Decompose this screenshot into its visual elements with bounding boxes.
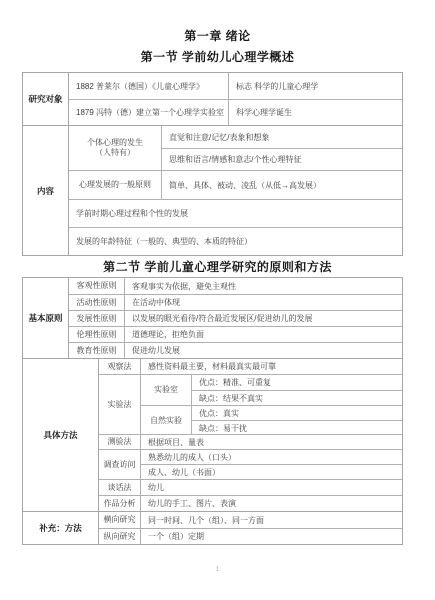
chapter-title: 第一章 绪论 [0,27,435,44]
cell-1882-event: 1882 普莱尔（德国）《儿童心理学》 [69,73,228,99]
principle-education-name: 教育性原则 [69,343,124,358]
specific-methods-label: 具体方法 [23,359,99,511]
lab-pro-cell: 优点：精准、可重复 [192,375,402,390]
content-band: 内容 个体心理的发生 （人特有） 直觉和注意/记忆/表象和想象 思维和语言/情感… [23,125,402,255]
lab-experiment-points: 优点：精准、可重复 缺点：结果不真实 [191,375,402,405]
table-row: 实验室 优点：精准、可重复 缺点：结果不真实 [141,375,402,405]
content-rows: 个体心理的发生 （人特有） 直觉和注意/记忆/表象和想象 思维和语言/情感和意志… [69,126,402,255]
section1-title: 第一节 学前幼儿心理学概述 [0,48,435,65]
survey-written-cell: 成人、幼儿（书面） [141,465,402,479]
talk-method-name: 谈话法 [99,480,140,495]
natural-pro-cell: 优点：真实 [192,406,402,420]
table-row: 熟悉幼儿的成人（口头） [141,450,402,464]
table-row: 思维和语言/情感和意志/个性心理特征 [162,148,402,170]
works-analysis-name: 作品分析 [99,496,140,511]
genesis-item-1: 直觉和注意/记忆/表象和想象 [162,126,402,148]
vertical-research-desc: 一个（组）定期 [140,529,402,544]
principle-development-name: 发展性原则 [69,311,124,326]
table-row: 发展性原则 以发展的眼光看待/符合最近发展区/促进幼儿的发展 [69,310,402,326]
table-row: 作品分析 幼儿的手工、图片、表演 [99,495,402,511]
basic-principles-band: 基本原则 客观性原则 客观事实为依据，避免主观性 活动性原则 在活动中体现 发展… [23,278,402,358]
age-feature-cell: 发展的年龄特征（一般的、典型的、本质的特征） [69,228,402,255]
observation-name: 观察法 [99,359,140,374]
supplement-band: 补充：方法 横向研究 同一时间、几个（组）、同一方面 纵向研究 一个（组）定期 [23,511,402,544]
table-row: 成人、幼儿（书面） [141,464,402,479]
principle-objective-desc: 客观事实为依据，避免主观性 [124,278,402,294]
section2-title: 第二节 学前儿童心理学研究的原则和方法 [0,258,435,275]
observation-desc: 感性资料最主要，材料最真实最可靠 [140,359,402,374]
survey-name: 调查访问 [99,450,140,479]
table-row: 教育性原则 促进幼儿发展 [69,342,402,358]
genesis-label-line2: （人特有） [95,148,135,158]
table-row: 个体心理的发生 （人特有） 直觉和注意/记忆/表象和想象 思维和语言/情感和意志… [69,126,402,170]
principle-value-cell: 简单、具体、被动、凌乱（从低→高发展） [161,171,402,199]
principle-activity-desc: 在活动中体现 [124,295,402,310]
horizontal-research-name: 横向研究 [99,512,140,528]
cell-1879-significance: 科学心理学诞生 [228,100,402,125]
survey-items: 熟悉幼儿的成人（口头） 成人、幼儿（书面） [140,450,402,479]
genesis-items: 直觉和注意/记忆/表象和想象 思维和语言/情感和意志/个性心理特征 [161,126,402,170]
table-row: 学前时期心理过程和个性的发展 [69,199,402,227]
principle-ethics-name: 伦理性原则 [69,327,124,342]
cell-1882-significance: 标志 科学的儿童心理学 [228,73,402,99]
specific-methods-rows: 观察法 感性资料最主要，材料最真实最可靠 实验法 实验室 优点：精准、可重复 [99,359,402,511]
table-row: 优点：真实 [192,406,402,420]
cell-1879-event: 1879 冯特（德）建立第一个心理学实验室 [69,100,228,125]
table-row: 发展的年龄特征（一般的、典型的、本质的特征） [69,227,402,255]
specific-methods-band: 具体方法 观察法 感性资料最主要，材料最真实最可靠 实验法 实验室 优点：精准、… [23,358,402,511]
experiment-name: 实验法 [99,375,140,434]
survey-oral-cell: 熟悉幼儿的成人（口头） [141,450,402,464]
test-method-name: 测验法 [99,435,140,449]
supplement-rows: 横向研究 同一时间、几个（组）、同一方面 纵向研究 一个（组）定期 [99,512,402,544]
table-row: 测验法 根据项目、量表 [99,434,402,449]
content-label: 内容 [23,126,69,255]
principle-activity-name: 活动性原则 [69,295,124,310]
natural-experiment-name: 自然实验 [141,406,191,435]
experiment-row-group: 实验法 实验室 优点：精准、可重复 缺点：结果不真实 [99,374,402,434]
research-object-band: 研究对象 1882 普莱尔（德国）《儿童心理学》 标志 科学的儿童心理学 187… [23,73,402,125]
table-row: 自然实验 优点：真实 缺点：易干扰 [141,405,402,435]
table-row: 缺点：结果不真实 [192,390,402,405]
table-row: 缺点：易干扰 [192,420,402,435]
supplement-label: 补充：方法 [23,512,99,544]
lab-experiment-name: 实验室 [141,375,191,405]
genesis-label-line1: 个体心理的发生 [87,138,143,148]
horizontal-research-desc: 同一时间、几个（组）、同一方面 [140,512,402,528]
table-row: 1882 普莱尔（德国）《儿童心理学》 标志 科学的儿童心理学 [69,73,402,99]
survey-row-group: 调查访问 熟悉幼儿的成人（口头） 成人、幼儿（书面） [99,449,402,479]
research-object-rows: 1882 普莱尔（德国）《儿童心理学》 标志 科学的儿童心理学 1879 冯特（… [69,73,402,125]
section2-table: 基本原则 客观性原则 客观事实为依据，避免主观性 活动性原则 在活动中体现 发展… [22,277,403,545]
basic-principles-label: 基本原则 [23,278,69,358]
table-row: 心理发展的一般原则 简单、具体、被动、凌乱（从低→高发展） [69,170,402,199]
table-row: 横向研究 同一时间、几个（组）、同一方面 [99,512,402,528]
vertical-research-name: 纵向研究 [99,529,140,544]
principle-label-cell: 心理发展的一般原则 [69,171,161,199]
works-analysis-desc: 幼儿的手工、图片、表演 [140,496,402,511]
basic-principles-rows: 客观性原则 客观事实为依据，避免主观性 活动性原则 在活动中体现 发展性原则 以… [69,278,402,358]
principle-ethics-desc: 道德理论，拒绝负面 [124,327,402,342]
genesis-item-2: 思维和语言/情感和意志/个性心理特征 [162,149,402,170]
section1-table: 研究对象 1882 普莱尔（德国）《儿童心理学》 标志 科学的儿童心理学 187… [22,72,403,256]
principle-education-desc: 促进幼儿发展 [124,343,402,358]
table-row: 直觉和注意/记忆/表象和想象 [162,126,402,148]
talk-method-desc: 幼儿 [140,480,402,495]
table-row: 纵向研究 一个（组）定期 [99,528,402,544]
research-object-label: 研究对象 [23,73,69,125]
principle-objective-name: 客观性原则 [69,278,124,294]
document-page: 第一章 绪论 第一节 学前幼儿心理学概述 研究对象 1882 普莱尔（德国）《儿… [0,0,435,600]
table-row: 伦理性原则 道德理论，拒绝负面 [69,326,402,342]
table-row: 谈话法 幼儿 [99,479,402,495]
principle-development-desc: 以发展的眼光看待/符合最近发展区/促进幼儿的发展 [124,311,402,326]
experiment-sub: 实验室 优点：精准、可重复 缺点：结果不真实 自然实 [140,375,402,434]
genesis-label-cell: 个体心理的发生 （人特有） [69,126,161,170]
natural-con-cell: 缺点：易干扰 [192,421,402,435]
table-row: 活动性原则 在活动中体现 [69,294,402,310]
table-row: 1879 冯特（德）建立第一个心理学实验室 科学心理学诞生 [69,99,402,125]
test-method-desc: 根据项目、量表 [140,435,402,449]
page-number: 1 [0,566,435,573]
table-row: 客观性原则 客观事实为依据，避免主观性 [69,278,402,294]
table-row: 观察法 感性资料最主要，材料最真实最可靠 [99,359,402,374]
lab-con-cell: 缺点：结果不真实 [192,391,402,405]
table-row: 优点：精准、可重复 [192,375,402,390]
natural-experiment-points: 优点：真实 缺点：易干扰 [191,406,402,435]
process-development-cell: 学前时期心理过程和个性的发展 [69,200,402,227]
